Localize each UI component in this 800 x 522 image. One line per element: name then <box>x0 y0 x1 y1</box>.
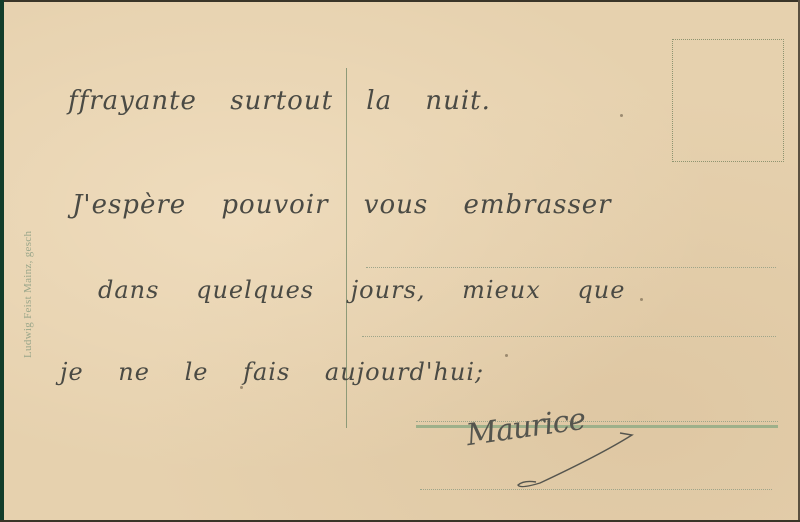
ink-dot <box>505 354 508 357</box>
message-line-2: J'espère pouvoir vous embrasser <box>72 190 612 220</box>
card-edge-top <box>0 0 800 2</box>
postcard-back: Ludwig Feist Mainz, gesch ffrayante surt… <box>0 0 800 522</box>
publisher-imprint: Ludwig Feist Mainz, gesch <box>22 231 34 358</box>
message-line-3: dans quelques jours, mieux que <box>98 276 625 304</box>
stamp-box <box>672 39 784 162</box>
message-line-4: je ne le fais aujourd'hui; <box>60 358 484 386</box>
address-line-1 <box>366 267 776 268</box>
ink-dot <box>240 386 243 389</box>
message-line-1: ffrayante surtout la nuit. <box>68 86 491 116</box>
address-line-2 <box>362 336 776 337</box>
ink-dot <box>640 298 643 301</box>
card-edge-left <box>0 0 4 522</box>
signature-flourish-icon <box>500 425 640 495</box>
ink-dot <box>620 114 623 117</box>
